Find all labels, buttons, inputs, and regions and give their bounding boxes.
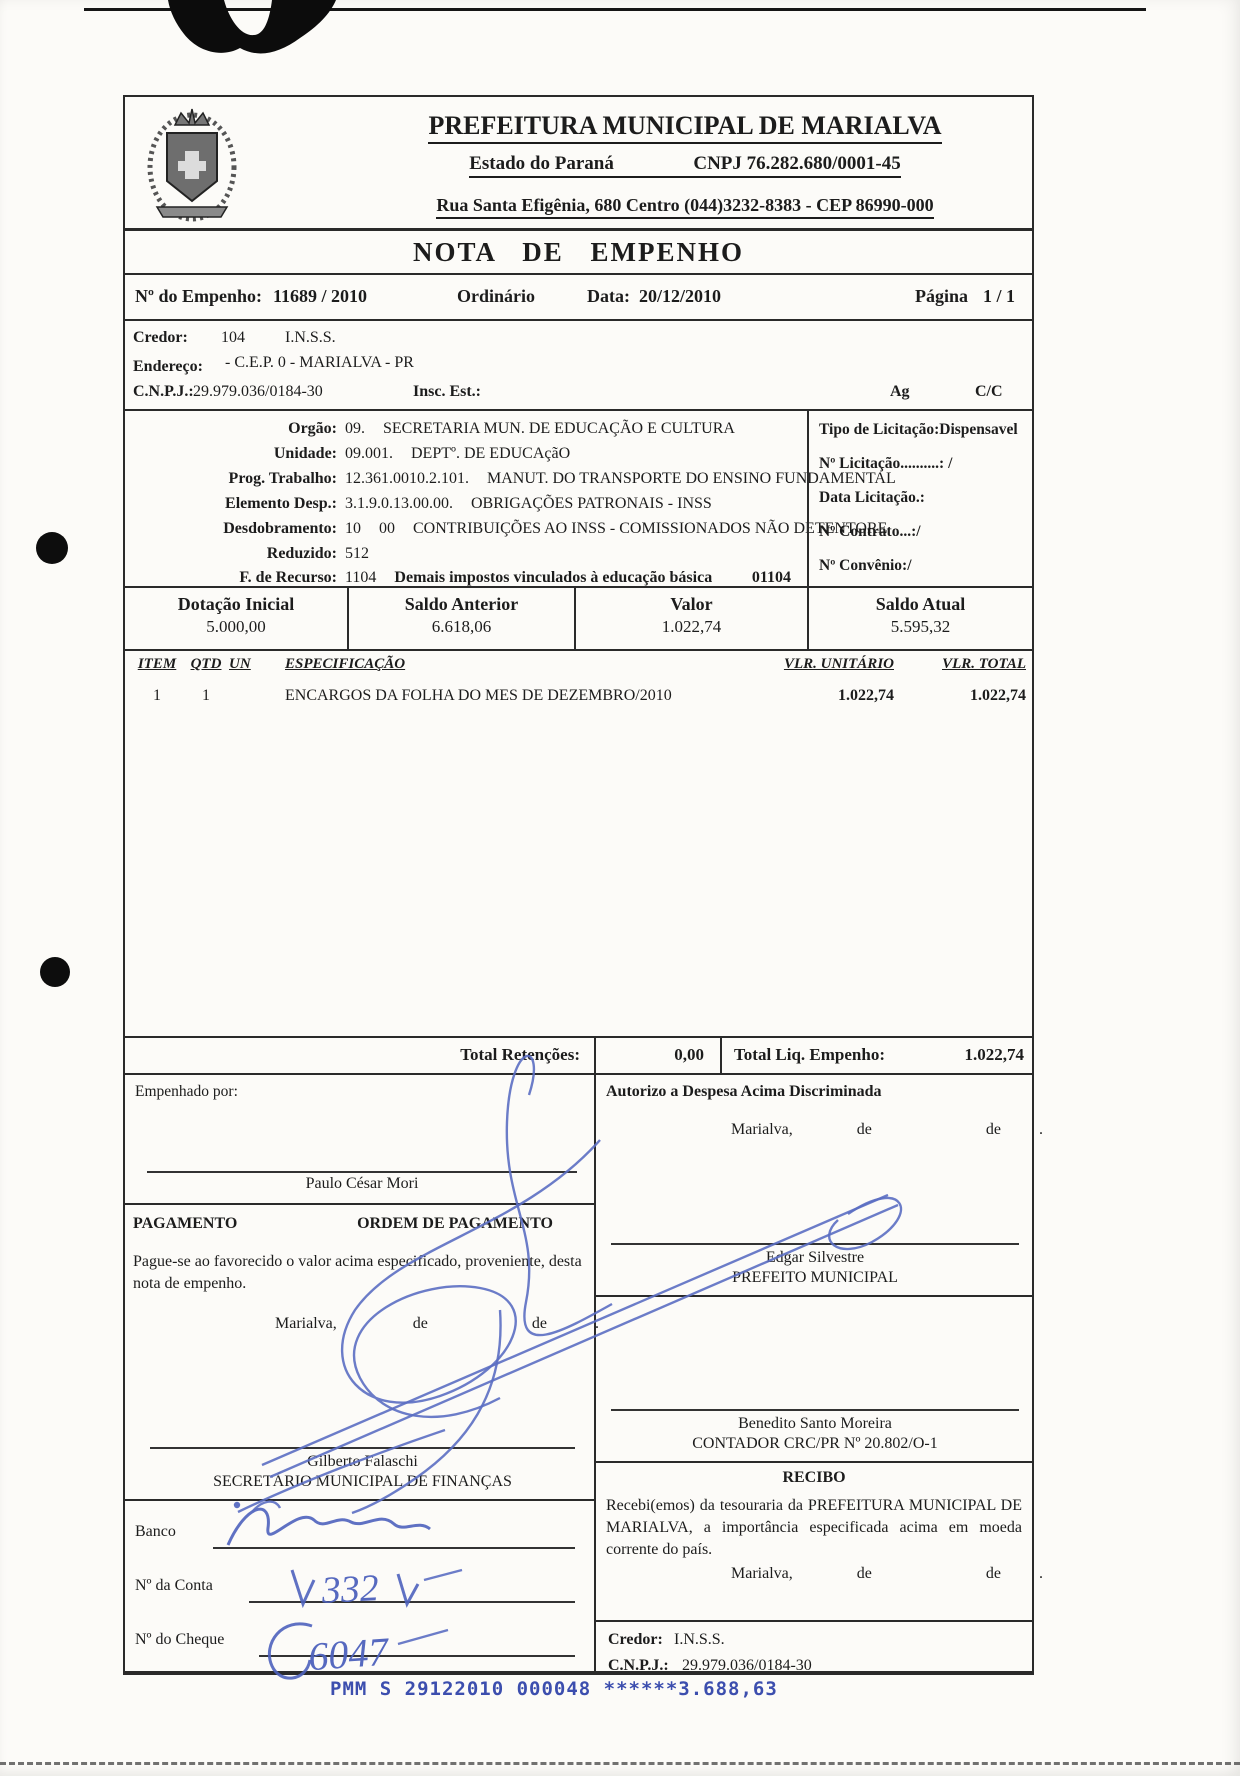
empenhado-por-label: Empenhado por: xyxy=(135,1083,238,1101)
budget-classification-section: Orgão: 09. SECRETARIA MUN. DE EDUCAÇÃO E… xyxy=(125,411,1032,588)
empenho-date-label: Data: xyxy=(587,286,630,307)
state-cnpj-line: Estado do Paraná CNPJ 76.282.680/0001-45 xyxy=(350,153,1020,175)
licitacao-convenio: Nº Convênio:/ xyxy=(819,557,912,575)
banco-label: Banco xyxy=(135,1523,176,1541)
empenho-number-row: Nº do Empenho: 11689 / 2010 Ordinário Da… xyxy=(125,275,1032,321)
empenhado-signature-line xyxy=(147,1171,577,1173)
insc-est-label: Insc. Est.: xyxy=(413,383,481,401)
col-qtd: QTD xyxy=(191,656,222,672)
payment-column: Empenhado por: Paulo César Mori PAGAMENT… xyxy=(125,1075,594,1671)
divider xyxy=(125,1499,594,1501)
cell-value: 5.595,32 xyxy=(809,617,1032,637)
total-retencoes-label: Total Retenções: xyxy=(125,1038,594,1073)
credor-label: Credor: xyxy=(133,329,188,347)
address-line: Rua Santa Efigênia, 680 Centro (044)3232… xyxy=(436,195,933,219)
budget-row-orgao: Orgão: 09. SECRETARIA MUN. DE EDUCAÇÃO E… xyxy=(125,420,805,438)
saldo-atual-cell: Saldo Atual 5.595,32 xyxy=(807,588,1032,649)
row-code: 09.001. xyxy=(345,445,393,463)
divider xyxy=(596,1295,1032,1297)
licitacao-tipo: Tipo de Licitação:Dispensavel xyxy=(819,421,1018,439)
cell-label: Saldo Atual xyxy=(809,594,1032,615)
prefeito-signature-line xyxy=(611,1243,1019,1245)
endereco-value: - C.E.P. 0 - MARIALVA - PR xyxy=(225,354,414,372)
cell-value: 6.618,06 xyxy=(349,617,574,637)
item-espec: ENCARGOS DA FOLHA DO MES DE DEZEMBRO/201… xyxy=(273,687,769,705)
row-code2: 00 xyxy=(379,520,395,538)
row-code: 10 xyxy=(345,520,361,538)
hole-punch-icon xyxy=(40,957,70,987)
autorizo-date-line: Marialva, de de . xyxy=(731,1121,1043,1139)
row-label: Elemento Desp.: xyxy=(125,495,345,513)
org-name: PREFEITURA MUNICIPAL DE MARIALVA xyxy=(428,111,941,144)
row-label: Desdobramento: xyxy=(125,520,345,538)
credor-code: 104 xyxy=(221,329,245,347)
cell-label: Valor xyxy=(576,594,807,615)
address-line-wrap: Rua Santa Efigênia, 680 Centro (044)3232… xyxy=(350,195,1020,216)
divider xyxy=(125,1203,594,1205)
document-title: NOTA DE EMPENHO xyxy=(125,231,1032,273)
de-label: de xyxy=(532,1315,547,1333)
prefeito-name: Edgar Silvestre xyxy=(611,1249,1019,1267)
budget-row-prog-trabalho: Prog. Trabalho: 12.361.0010.2.101. MANUT… xyxy=(125,470,805,488)
total-retencoes-value: 0,00 xyxy=(594,1038,720,1073)
secretario-signature-line xyxy=(150,1447,575,1449)
recibo-cnpj-label: C.N.P.J.: xyxy=(608,1657,669,1675)
nota-empenho-form: PREFEITURA MUNICIPAL DE MARIALVA Estado … xyxy=(123,95,1034,1675)
totals-row: Total Retenções: 0,00 Total Liq. Empenho… xyxy=(125,1038,1032,1075)
items-table: ITEM QTD UN ESPECIFICAÇÃO VLR. UNITÁRIO … xyxy=(125,651,1032,1038)
prefeito-title: PREFEITO MUNICIPAL xyxy=(611,1269,1019,1287)
row-label: Unidade: xyxy=(125,445,345,463)
cell-value: 5.000,00 xyxy=(125,617,347,637)
item-un xyxy=(229,687,273,705)
ag-label: Ag xyxy=(890,383,910,401)
endereco-label: Endereço: xyxy=(133,358,203,376)
budget-row-reduzido: Reduzido: 512 xyxy=(125,545,805,563)
items-header-row: ITEM QTD UN ESPECIFICAÇÃO VLR. UNITÁRIO … xyxy=(131,656,1028,673)
de-label: de xyxy=(986,1121,1001,1139)
col-item: ITEM xyxy=(138,656,176,672)
row-desc: OBRIGAÇÕES PATRONAIS - INSS xyxy=(471,495,712,513)
scan-bottom-edge xyxy=(0,1762,1240,1765)
row-code: 09. xyxy=(345,420,365,438)
banco-line[interactable] xyxy=(213,1547,575,1549)
state-label: Estado do Paraná xyxy=(469,153,614,174)
licitacao-numero: Nº Licitação..........: / xyxy=(819,455,952,473)
row-code: 12.361.0010.2.101. xyxy=(345,470,469,488)
budget-row-elemento: Elemento Desp.: 3.1.9.0.13.00.00. OBRIGA… xyxy=(125,495,805,513)
licitacao-column: Tipo de Licitação:Dispensavel Nº Licitaç… xyxy=(807,411,1034,586)
row-label: F. de Recurso: xyxy=(125,569,345,587)
item-number: 1 xyxy=(131,687,183,705)
dot: . xyxy=(1039,1565,1043,1583)
title-bar: NOTA DE EMPENHO xyxy=(125,230,1032,275)
city-label: Marialva, xyxy=(731,1121,793,1139)
credor-name: I.N.S.S. xyxy=(285,329,336,347)
budget-row-desdobramento: Desdobramento: 10 00 CONTRIBUIÇÕES AO IN… xyxy=(125,520,805,538)
coat-of-arms-logo xyxy=(137,103,247,225)
pague-se-text: Pague-se ao favorecido o valor acima esp… xyxy=(133,1251,585,1295)
cheque-line[interactable] xyxy=(259,1655,575,1657)
recibo-date-line: Marialva, de de . xyxy=(731,1565,1043,1583)
divider xyxy=(596,1461,1032,1463)
cell-label: Saldo Anterior xyxy=(349,594,574,615)
row-code: 3.1.9.0.13.00.00. xyxy=(345,495,453,513)
licitacao-data: Data Licitação.: xyxy=(819,489,925,507)
item-vlr-total: 1.022,74 xyxy=(894,687,1028,705)
pagamento-date-line: Marialva, de de . xyxy=(275,1315,599,1333)
col-vlr-total: VLR. TOTAL xyxy=(942,656,1026,672)
contador-title: CONTADOR CRC/PR Nº 20.802/O-1 xyxy=(611,1435,1019,1453)
autorizo-title: Autorizo a Despesa Acima Discriminada xyxy=(606,1083,882,1101)
dot: . xyxy=(1039,1121,1043,1139)
row-desc: SECRETARIA MUN. DE EDUCAÇÃO E CULTURA xyxy=(383,420,735,438)
valor-cell: Valor 1.022,74 xyxy=(574,588,807,649)
contador-name: Benedito Santo Moreira xyxy=(611,1415,1019,1433)
de-label: de xyxy=(986,1565,1001,1583)
de-label: de xyxy=(857,1565,872,1583)
item-qtd: 1 xyxy=(183,687,229,705)
credor-cnpj-value: 29.979.036/0184-30 xyxy=(193,383,323,401)
saldo-anterior-cell: Saldo Anterior 6.618,06 xyxy=(347,588,574,649)
ordem-pagamento-label: ORDEM DE PAGAMENTO xyxy=(325,1215,585,1233)
recibo-text: Recebi(emos) da tesouraria da PREFEITURA… xyxy=(606,1495,1022,1561)
empenho-date-value: 20/12/2010 xyxy=(639,286,721,307)
city-label: Marialva, xyxy=(731,1565,793,1583)
total-liq-cell: Total Liq. Empenho: 1.022,74 xyxy=(720,1038,1032,1073)
org-name-line: PREFEITURA MUNICIPAL DE MARIALVA xyxy=(350,111,1020,141)
col-espec: ESPECIFICAÇÃO xyxy=(285,656,405,672)
recibo-cnpj-value: 29.979.036/0184-30 xyxy=(682,1657,812,1675)
de-label: de xyxy=(857,1121,872,1139)
creditor-section: Credor: 104 I.N.S.S. Endereço: - C.E.P. … xyxy=(125,321,1032,411)
contador-signature-line xyxy=(611,1409,1019,1411)
letterhead: PREFEITURA MUNICIPAL DE MARIALVA Estado … xyxy=(125,97,1032,230)
row-code: 1104 xyxy=(345,569,376,587)
amounts-summary-row: Dotação Inicial 5.000,00 Saldo Anterior … xyxy=(125,588,1032,651)
conta-line[interactable] xyxy=(249,1601,575,1603)
conta-label: Nº da Conta xyxy=(135,1577,213,1595)
cell-label: Dotação Inicial xyxy=(125,594,347,615)
recibo-credor-label: Credor: xyxy=(608,1631,663,1649)
row-label: Prog. Trabalho: xyxy=(125,470,345,488)
row-desc: Demais impostos vinculados à educação bá… xyxy=(394,569,712,587)
col-vlr-unitario: VLR. UNITÁRIO xyxy=(784,656,894,672)
credor-cnpj-label: C.N.P.J.: xyxy=(133,383,194,401)
col-un: UN xyxy=(229,656,251,672)
divider xyxy=(596,1620,1032,1622)
page-value: 1 / 1 xyxy=(983,286,1015,307)
row-label: Reduzido: xyxy=(125,545,345,563)
dotacao-inicial-cell: Dotação Inicial 5.000,00 xyxy=(125,588,347,649)
de-label: de xyxy=(413,1315,428,1333)
cheque-label: Nº do Cheque xyxy=(135,1631,224,1649)
hole-punch-icon xyxy=(36,532,68,564)
licitacao-contrato: Nº Contrato...:/ xyxy=(819,523,921,541)
budget-row-fonte-recurso: F. de Recurso: 1104 Demais impostos vinc… xyxy=(125,569,805,587)
recibo-title: RECIBO xyxy=(596,1469,1032,1487)
row-code: 512 xyxy=(345,545,369,563)
item-vlr-unitario: 1.022,74 xyxy=(769,687,894,705)
city-label: Marialva, xyxy=(275,1315,337,1333)
total-liq-value: 1.022,74 xyxy=(965,1045,1025,1065)
total-liq-label: Total Liq. Empenho: xyxy=(734,1045,885,1065)
scanned-document-page: PREFEITURA MUNICIPAL DE MARIALVA Estado … xyxy=(0,0,1240,1776)
row-right-code: 01104 xyxy=(752,569,805,587)
cnpj-label: CNPJ 76.282.680/0001-45 xyxy=(693,153,900,174)
page-label: Página xyxy=(915,286,968,307)
empenho-number-value: 11689 / 2010 xyxy=(273,286,367,307)
cc-label: C/C xyxy=(975,383,1003,401)
empenho-kind: Ordinário xyxy=(457,286,535,307)
row-label: Orgão: xyxy=(125,420,345,438)
signatures-section: Empenhado por: Paulo César Mori PAGAMENT… xyxy=(125,1075,1032,1673)
budget-row-unidade: Unidade: 09.001. DEPTº. DE EDUCAçãO xyxy=(125,445,805,463)
row-desc: DEPTº. DE EDUCAçãO xyxy=(411,445,570,463)
recibo-credor-value: I.N.S.S. xyxy=(674,1631,725,1649)
authorization-column: Autorizo a Despesa Acima Discriminada Ma… xyxy=(594,1075,1032,1671)
scan-edge-line xyxy=(84,8,1146,11)
secretario-title: SECRETÁRIO MUNICIPAL DE FINANÇAS xyxy=(150,1473,575,1491)
pagamento-label: PAGAMENTO xyxy=(133,1215,237,1233)
empenhado-name: Paulo César Mori xyxy=(147,1175,577,1193)
dot-matrix-footer: PMM S 29122010 000048 ******3.688,63 xyxy=(330,1678,778,1700)
cell-value: 1.022,74 xyxy=(576,617,807,637)
item-row: 1 1 ENCARGOS DA FOLHA DO MES DE DEZEMBRO… xyxy=(131,687,1028,705)
secretario-name: Gilberto Falaschi xyxy=(150,1453,575,1471)
empenho-number-label: Nº do Empenho: xyxy=(135,286,262,307)
